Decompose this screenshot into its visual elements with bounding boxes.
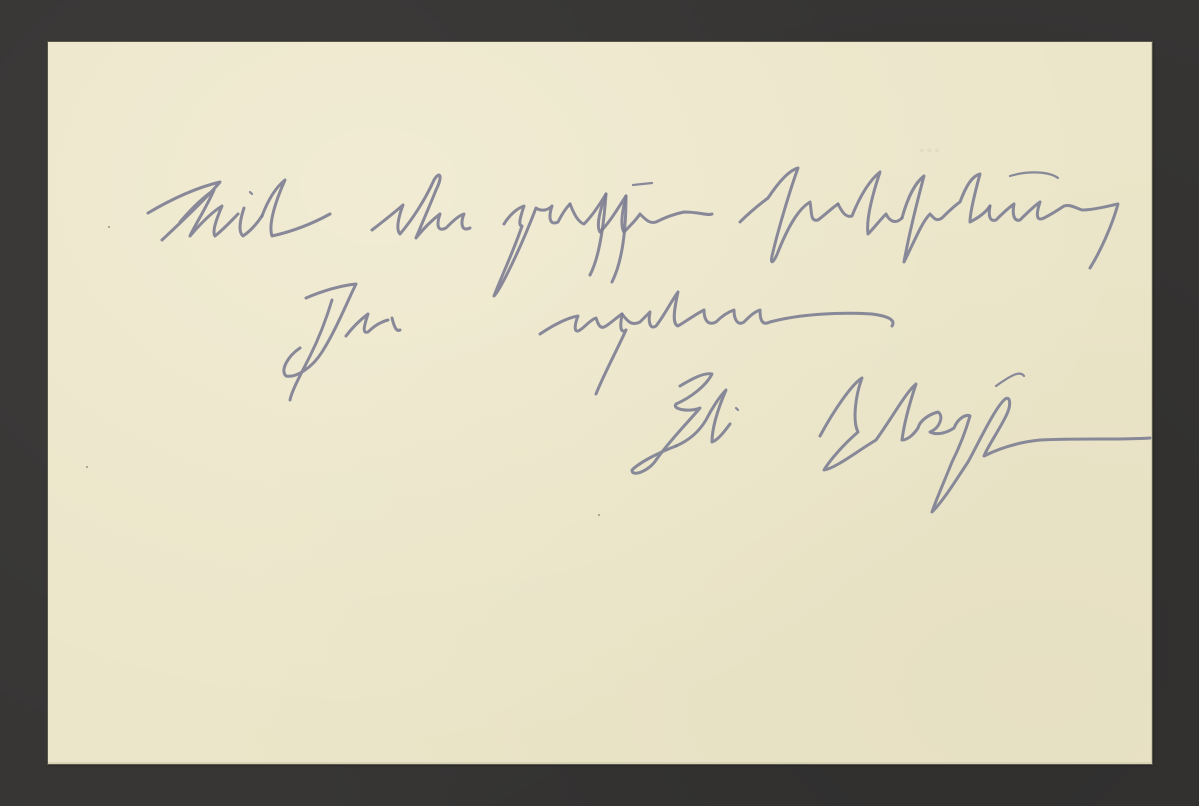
handwriting-signature [632, 374, 1150, 512]
handwriting-line-valediction [284, 284, 893, 400]
handwriting-ink [0, 0, 1199, 806]
handwriting-line-closing [148, 168, 1118, 296]
